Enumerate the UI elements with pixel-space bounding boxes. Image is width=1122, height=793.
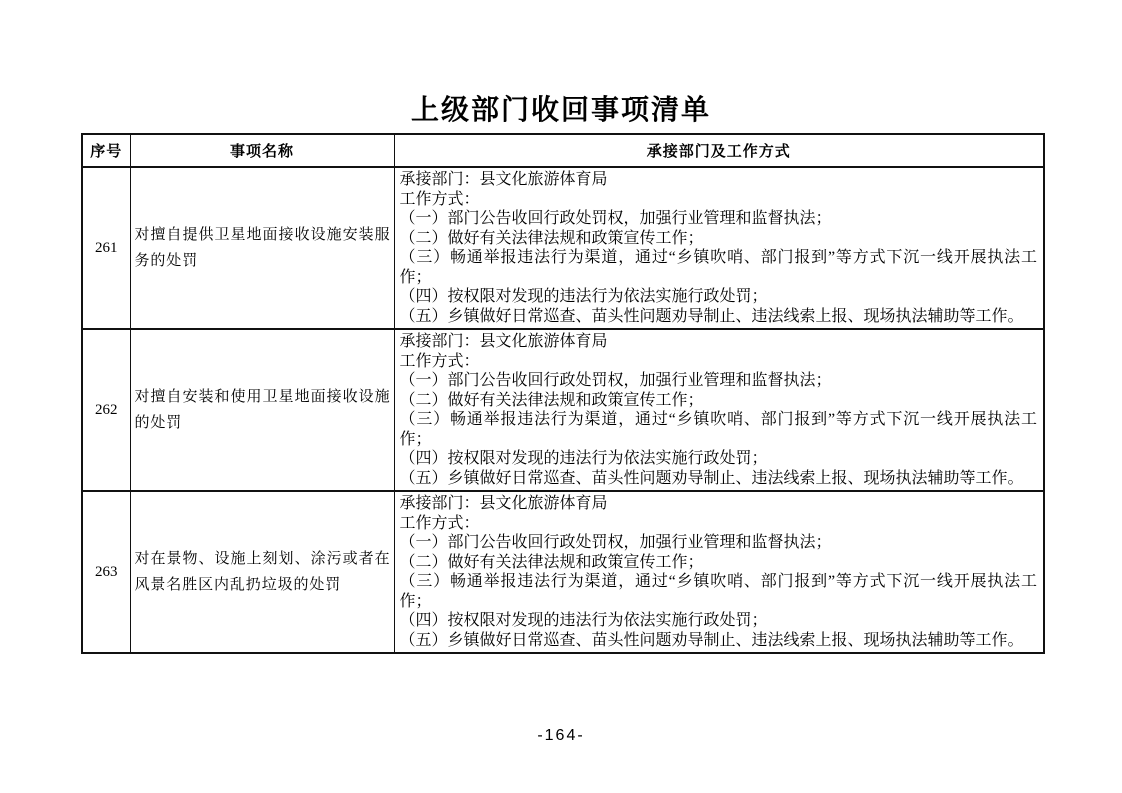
col-header-dept-method: 承接部门及工作方式 — [394, 134, 1044, 167]
method-item: （二）做好有关法律法规和政策宣传工作； — [400, 553, 1038, 573]
method-item: （二）做好有关法律法规和政策宣传工作； — [400, 391, 1038, 411]
method-item: （四）按权限对发现的违法行为依法实施行政处罚； — [400, 287, 1038, 307]
table-header-row: 序号 事项名称 承接部门及工作方式 — [82, 134, 1044, 167]
method-label-line: 工作方式： — [400, 514, 1038, 534]
table-row: 261 对擅自提供卫星地面接收设施安装服务的处罚 承接部门：县文化旅游体育局 工… — [82, 167, 1044, 329]
department-line: 承接部门：县文化旅游体育局 — [400, 494, 1038, 514]
department-line: 承接部门：县文化旅游体育局 — [400, 332, 1038, 352]
seq-cell: 262 — [82, 329, 130, 491]
method-label-line: 工作方式： — [400, 352, 1038, 372]
dept-method-cell: 承接部门：县文化旅游体育局 工作方式： （一）部门公告收回行政处罚权，加强行业管… — [394, 167, 1044, 329]
method-item: （四）按权限对发现的违法行为依法实施行政处罚； — [400, 449, 1038, 469]
col-header-item-name: 事项名称 — [130, 134, 394, 167]
dept-method-cell: 承接部门：县文化旅游体育局 工作方式： （一）部门公告收回行政处罚权，加强行业管… — [394, 329, 1044, 491]
method-item: （五）乡镇做好日常巡查、苗头性问题劝导制止、违法线索上报、现场执法辅助等工作。 — [400, 469, 1038, 489]
department-line: 承接部门：县文化旅游体育局 — [400, 170, 1038, 190]
method-item: （三）畅通举报违法行为渠道，通过“乡镇吹哨、部门报到”等方式下沉一线开展执法工作… — [400, 248, 1038, 287]
method-item: （二）做好有关法律法规和政策宣传工作； — [400, 229, 1038, 249]
item-name-cell: 对擅自提供卫星地面接收设施安装服务的处罚 — [130, 167, 394, 329]
dept-method-cell: 承接部门：县文化旅游体育局 工作方式： （一）部门公告收回行政处罚权，加强行业管… — [394, 491, 1044, 653]
method-label-line: 工作方式： — [400, 190, 1038, 210]
page-number: -164- — [0, 727, 1122, 745]
table-row: 263 对在景物、设施上刻划、涂污或者在风景名胜区内乱扔垃圾的处罚 承接部门：县… — [82, 491, 1044, 653]
method-item: （五）乡镇做好日常巡查、苗头性问题劝导制止、违法线索上报、现场执法辅助等工作。 — [400, 631, 1038, 651]
document-page: 上级部门收回事项清单 序号 事项名称 承接部门及工作方式 261 对擅自提供卫星… — [0, 0, 1122, 793]
item-name-cell: 对擅自安装和使用卫星地面接收设施的处罚 — [130, 329, 394, 491]
item-name-cell: 对在景物、设施上刻划、涂污或者在风景名胜区内乱扔垃圾的处罚 — [130, 491, 394, 653]
method-item: （一）部门公告收回行政处罚权，加强行业管理和监督执法； — [400, 209, 1038, 229]
method-item: （五）乡镇做好日常巡查、苗头性问题劝导制止、违法线索上报、现场执法辅助等工作。 — [400, 307, 1038, 327]
seq-cell: 263 — [82, 491, 130, 653]
table-row: 262 对擅自安装和使用卫星地面接收设施的处罚 承接部门：县文化旅游体育局 工作… — [82, 329, 1044, 491]
reclaimed-items-table: 序号 事项名称 承接部门及工作方式 261 对擅自提供卫星地面接收设施安装服务的… — [81, 133, 1045, 654]
method-item: （三）畅通举报违法行为渠道，通过“乡镇吹哨、部门报到”等方式下沉一线开展执法工作… — [400, 410, 1038, 449]
seq-cell: 261 — [82, 167, 130, 329]
method-item: （三）畅通举报违法行为渠道，通过“乡镇吹哨、部门报到”等方式下沉一线开展执法工作… — [400, 572, 1038, 611]
method-item: （一）部门公告收回行政处罚权，加强行业管理和监督执法； — [400, 371, 1038, 391]
method-item: （一）部门公告收回行政处罚权，加强行业管理和监督执法； — [400, 533, 1038, 553]
page-title: 上级部门收回事项清单 — [0, 88, 1122, 128]
col-header-seq: 序号 — [82, 134, 130, 167]
method-item: （四）按权限对发现的违法行为依法实施行政处罚； — [400, 611, 1038, 631]
